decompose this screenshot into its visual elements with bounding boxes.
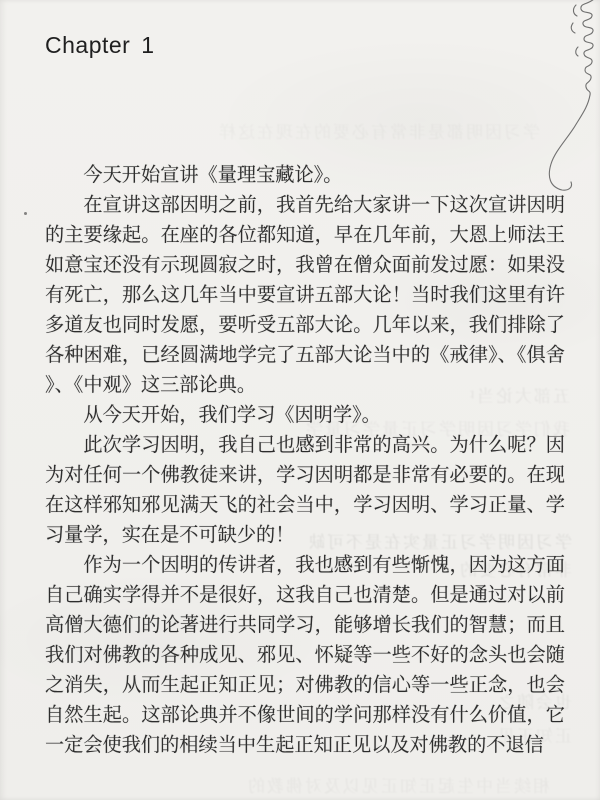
paragraph: 作为一个因明的传讲者，我也感到有些惭愧，因为这方面自己确实学得并不是很好，这我自… <box>45 550 565 760</box>
paragraph: 今天开始宣讲《量理宝藏论》。 <box>45 160 565 190</box>
paragraph: 此次学习因明，我自己也感到非常的高兴。为什么呢？因为对任何一个佛教徒来讲，学习因… <box>45 430 565 550</box>
chapter-title: Chapter 1 <box>45 32 155 59</box>
paragraph: 从今天开始，我们学习《因明学》。 <box>45 400 565 430</box>
scanned-book-page: Chapter 1 学习因明都是非常有必要的在现在这样 五部大论当中 我们学习因… <box>0 0 600 800</box>
paragraph: 在宣讲这部因明之前，我首先给大家讲一下这次宣讲因明的主要缘起。在座的各位都知道，… <box>45 190 565 400</box>
scan-speck <box>24 212 27 215</box>
bleedthrough-text: 相续当中生起正知正见以及对佛教的 <box>80 772 550 797</box>
body-text: 今天开始宣讲《量理宝藏论》。 在宣讲这部因明之前，我首先给大家讲一下这次宣讲因明… <box>45 160 565 760</box>
bleedthrough-text: 学习因明都是非常有必要的在现在这样 <box>60 118 540 143</box>
